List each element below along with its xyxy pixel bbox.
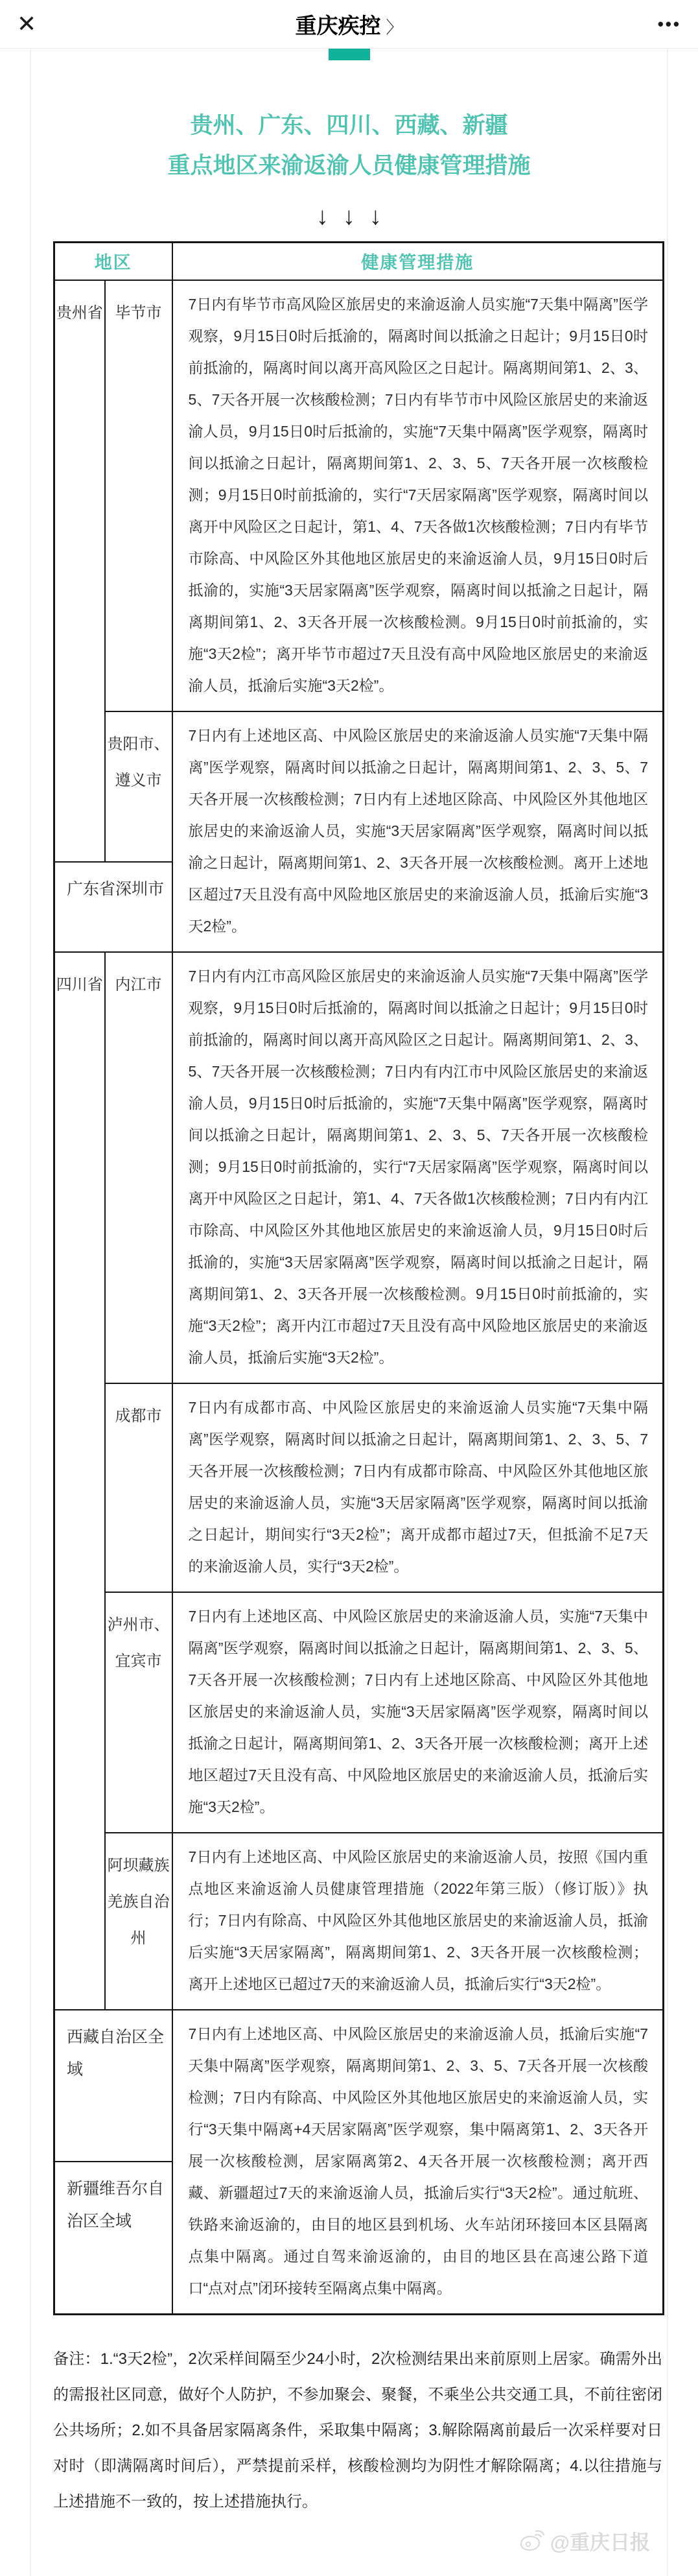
navbar: ✕ 重庆疾控 〉 ••• xyxy=(0,0,698,49)
measures-cell-tibet-xinjiang: 7日内有上述地区高、中风险区旅居史的来渝返渝人员，抵渝后实施“7天集中隔离”医学… xyxy=(172,2010,664,2315)
table-row-chengdu: 成都市 7日内有成都市高、中风险区旅居史的来渝返渝人员实施“7天集中隔离”医学观… xyxy=(54,1383,664,1592)
city-cell-chengdu: 成都市 xyxy=(105,1383,172,1592)
page-title: 贵州、广东、四川、西藏、新疆 重点地区来渝返渝人员健康管理措施 xyxy=(31,106,667,186)
region-cell-shenzhen: 广东省深圳市 xyxy=(54,862,172,952)
province-cell-guizhou: 贵州省 xyxy=(54,280,105,862)
measures-cell-bijie: 7日内有毕节市高风险区旅居史的来渝返渝人员实施“7天集中隔离”医学观察，9月15… xyxy=(172,280,664,711)
page-title-line1: 贵州、广东、四川、西藏、新疆 xyxy=(31,106,667,146)
measures-cell-chengdu: 7日内有成都市高、中风险区旅居史的来渝返渝人员实施“7天集中隔离”医学观察，隔离… xyxy=(172,1383,664,1592)
watermark-handle: @重庆日报 xyxy=(550,2526,650,2555)
city-cell-aba: 阿坝藏族羌族自治州 xyxy=(105,1833,172,2010)
more-options-icon[interactable]: ••• xyxy=(658,14,681,34)
region-cell-xinjiang: 新疆维吾尔自治区全域 xyxy=(54,2162,172,2314)
table-row-aba: 阿坝藏族羌族自治州 7日内有上述地区高、中风险区旅居史的来渝返渝人员，按照《国内… xyxy=(54,1833,664,2010)
accent-bar xyxy=(329,49,370,60)
city-cell-guiyang-zunyi: 贵阳市、遵义市 xyxy=(105,711,172,862)
table-row-tibet: 西藏自治区全域 7日内有上述地区高、中风险区旅居史的来渝返渝人员，抵渝后实施“7… xyxy=(54,2010,664,2162)
province-cell-sichuan: 四川省 xyxy=(54,952,105,2010)
table-row-guiyang-zunyi: 贵阳市、遵义市 7日内有上述地区高、中风险区旅居史的来渝返渝人员实施“7天集中隔… xyxy=(54,711,664,862)
footnotes: 备注：1.“3天2检”，2次采样间隔至少24小时，2次检测结果出来前原则上居家。… xyxy=(53,2341,662,2520)
header-region-cell: 地区 xyxy=(54,243,172,280)
measures-cell-neijiang: 7日内有内江市高风险区旅居史的来渝返渝人员实施“7天集中隔离”医学观察，9月15… xyxy=(172,952,664,1383)
down-arrows: ↓↓↓ xyxy=(31,203,667,231)
navbar-title: 重庆疾控 xyxy=(295,9,380,40)
city-cell-bijie: 毕节市 xyxy=(105,280,172,711)
table-row-luzhou-yibin: 泸州市、宜宾市 7日内有上述地区高、中风险区旅居史的来渝返渝人员，实施“7天集中… xyxy=(54,1592,664,1833)
watermark: @重庆日报 xyxy=(31,2526,650,2555)
measures-cell-aba: 7日内有上述地区高、中风险区旅居史的来渝返渝人员，按照《国内重点地区来渝返渝人员… xyxy=(172,1833,664,2010)
table-row-bijie: 贵州省 毕节市 7日内有毕节市高风险区旅居史的来渝返渝人员实施“7天集中隔离”医… xyxy=(54,280,664,711)
article-card: 贵州、广东、四川、西藏、新疆 重点地区来渝返渝人员健康管理措施 ↓↓↓ 地区 健… xyxy=(30,49,668,2576)
measures-table: 地区 健康管理措施 贵州省 毕节市 7日内有毕节市高风险区旅居史的来渝返渝人员实… xyxy=(53,241,664,2315)
close-icon[interactable]: ✕ xyxy=(17,12,36,36)
measures-cell-guiyang-shenzhen: 7日内有上述地区高、中风险区旅居史的来渝返渝人员实施“7天集中隔离”医学观察，隔… xyxy=(172,711,664,952)
city-cell-neijiang: 内江市 xyxy=(105,952,172,1383)
chevron-right-icon: 〉 xyxy=(386,14,402,38)
account-title[interactable]: 重庆疾控 〉 xyxy=(295,9,402,40)
city-cell-luzhou-yibin: 泸州市、宜宾市 xyxy=(105,1592,172,1833)
region-cell-tibet: 西藏自治区全域 xyxy=(54,2010,172,2162)
table-row-neijiang: 四川省 内江市 7日内有内江市高风险区旅居史的来渝返渝人员实施“7天集中隔离”医… xyxy=(54,952,664,1383)
table-header-row: 地区 健康管理措施 xyxy=(54,243,664,280)
measures-cell-luzhou-yibin: 7日内有上述地区高、中风险区旅居史的来渝返渝人员，实施“7天集中隔离”医学观察，… xyxy=(172,1592,664,1833)
page-title-line2: 重点地区来渝返渝人员健康管理措施 xyxy=(31,146,667,186)
header-measures-cell: 健康管理措施 xyxy=(172,243,664,280)
weibo-icon xyxy=(519,2529,545,2551)
